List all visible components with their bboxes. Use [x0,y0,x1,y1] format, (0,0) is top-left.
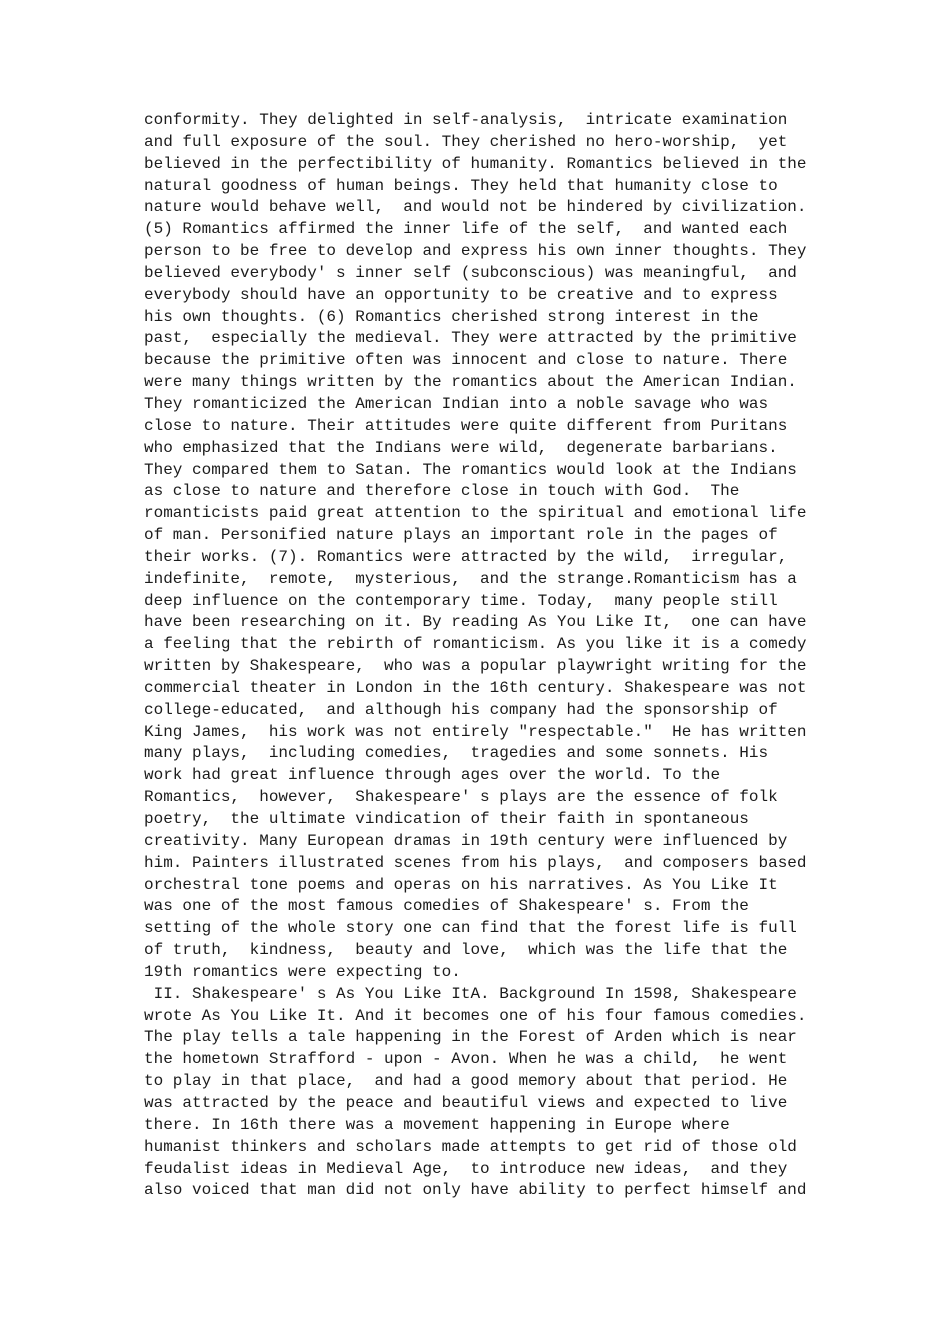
text-line: many plays, including comedies, tragedie… [144,743,844,765]
document-page: conformity. They delighted in self-analy… [0,0,950,1344]
text-line: (5) Romantics affirmed the inner life of… [144,219,844,241]
text-line: work had great influence through ages ov… [144,765,844,787]
text-line: commercial theater in London in the 16th… [144,678,844,700]
text-line: have been researching on it. By reading … [144,612,844,634]
text-line: believed everybody' s inner self (subcon… [144,263,844,285]
text-line: humanist thinkers and scholars made atte… [144,1137,844,1159]
text-line: poetry, the ultimate vindication of thei… [144,809,844,831]
text-line: their works. (7). Romantics were attract… [144,547,844,569]
text-line: indefinite, remote, mysterious, and the … [144,569,844,591]
text-line: and full exposure of the soul. They cher… [144,132,844,154]
text-line: written by Shakespeare, who was a popula… [144,656,844,678]
text-line: Romantics, however, Shakespeare' s plays… [144,787,844,809]
text-line: was attracted by the peace and beautiful… [144,1093,844,1115]
text-line: natural goodness of human beings. They h… [144,176,844,198]
text-line: romanticists paid great attention to the… [144,503,844,525]
text-line: creativity. Many European dramas in 19th… [144,831,844,853]
text-line: nature would behave well, and would not … [144,197,844,219]
text-line: was one of the most famous comedies of S… [144,896,844,918]
text-line: feudalist ideas in Medieval Age, to intr… [144,1159,844,1181]
text-line: orchestral tone poems and operas on his … [144,875,844,897]
text-line: person to be free to develop and express… [144,241,844,263]
text-line: believed in the perfectibility of humani… [144,154,844,176]
text-line: a feeling that the rebirth of romanticis… [144,634,844,656]
text-line: close to nature. Their attitudes were qu… [144,416,844,438]
text-line: of truth, kindness, beauty and love, whi… [144,940,844,962]
text-line: there. In 16th there was a movement happ… [144,1115,844,1137]
text-line: King James, his work was not entirely "r… [144,722,844,744]
text-line: his own thoughts. (6) Romantics cherishe… [144,307,844,329]
text-line: because the primitive often was innocent… [144,350,844,372]
text-line: as close to nature and therefore close i… [144,481,844,503]
text-line: who emphasized that the Indians were wil… [144,438,844,460]
text-line: college-educated, and although his compa… [144,700,844,722]
text-line: setting of the whole story one can find … [144,918,844,940]
text-line: him. Painters illustrated scenes from hi… [144,853,844,875]
document-text: conformity. They delighted in self-analy… [144,110,844,1202]
text-line: II. Shakespeare' s As You Like ItA. Back… [144,984,844,1006]
text-line: The play tells a tale happening in the F… [144,1027,844,1049]
text-line: They romanticized the American Indian in… [144,394,844,416]
text-line: deep influence on the contemporary time.… [144,591,844,613]
text-line: past, especially the medieval. They were… [144,328,844,350]
text-line: 19th romantics were expecting to. [144,962,844,984]
text-line: They compared them to Satan. The romanti… [144,460,844,482]
text-line: to play in that place, and had a good me… [144,1071,844,1093]
text-line: wrote As You Like It. And it becomes one… [144,1006,844,1028]
text-line: of man. Personified nature plays an impo… [144,525,844,547]
text-line: also voiced that man did not only have a… [144,1180,844,1202]
text-line: the hometown Strafford - upon - Avon. Wh… [144,1049,844,1071]
text-line: were many things written by the romantic… [144,372,844,394]
text-line: everybody should have an opportunity to … [144,285,844,307]
text-line: conformity. They delighted in self-analy… [144,110,844,132]
